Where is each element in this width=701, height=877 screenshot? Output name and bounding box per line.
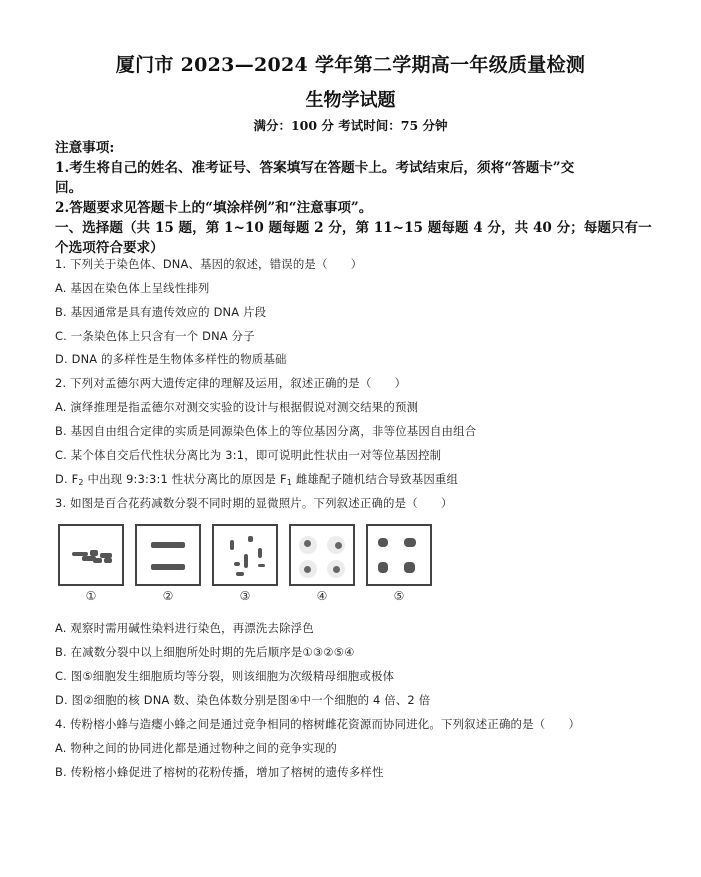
subject-title: 生物学试题	[0, 86, 701, 112]
question-2-option-a: A. 演绎推理是指孟德尔对测交实验的设计与根据假说对测交结果的预测	[55, 399, 418, 415]
text: 中出现 9:3:3:1 性状分离比的原因是 F	[84, 472, 287, 486]
question-3-option-a: A. 观察时需用碱性染料进行染色，再漂洗去除浮色	[55, 620, 314, 636]
exam-title: 厦门市 2023—2024 学年第二学期高一年级质量检测	[0, 50, 701, 77]
question-4-stem: 4. 传粉榕小蜂与造瘿小蜂之间是通过竞争相同的榕树雌花资源而协同进化。下列叙述正…	[55, 716, 580, 732]
question-1-stem: 1. 下列关于染色体、DNA、基因的叙述，错误的是（ ）	[55, 256, 362, 272]
micrograph-3: ③	[212, 524, 278, 603]
figure-label: ⑤	[394, 589, 405, 603]
question-1-option-c: C. 一条染色体上只含有一个 DNA 分子	[55, 328, 255, 344]
question-1-option-a: A. 基因在染色体上呈线性排列	[55, 280, 210, 296]
question-3-option-b: B. 在减数分裂中以上细胞所处时期的先后顺序是①③②⑤④	[55, 644, 355, 660]
micrograph-image	[212, 524, 278, 586]
question-2-option-c: C. 某个体自交后代性状分离比为 3:1，即可说明此性状由一对等位基因控制	[55, 447, 441, 463]
micrograph-figure-row: ① ② ③ ④	[58, 524, 432, 603]
question-1-option-b: B. 基因通常是具有遗传效应的 DNA 片段	[55, 304, 266, 320]
notes-heading: 注意事项:	[55, 136, 114, 156]
note-item-1: 1.考生将自己的姓名、准考证号、答案填写在答题卡上。考试结束后，须将“答题卡”交	[55, 156, 574, 176]
question-2-option-d: D. F2 中出现 9:3:3:1 性状分离比的原因是 F1 雌雄配子随机结合导…	[55, 471, 458, 487]
micrograph-4: ④	[289, 524, 355, 603]
micrograph-2: ②	[135, 524, 201, 603]
question-3-stem: 3. 如图是百合花药减数分裂不同时期的显微照片。下列叙述正确的是（ ）	[55, 495, 453, 511]
question-2-stem: 2. 下列对孟德尔两大遗传定律的理解及运用，叙述正确的是（ ）	[55, 375, 406, 391]
exam-info: 满分：100 分 考试时间：75 分钟	[0, 116, 701, 134]
micrograph-1: ①	[58, 524, 124, 603]
question-3-option-d: D. 图②细胞的核 DNA 数、染色体数分别是图④中一个细胞的 4 倍、2 倍	[55, 692, 430, 708]
question-4-option-a: A. 物种之间的协同进化都是通过物种之间的竞争实现的	[55, 740, 337, 756]
section-heading: 一、选择题（共 15 题，第 1~10 题每题 2 分，第 11~15 题每题 …	[55, 216, 652, 236]
section-heading-cont: 个选项符合要求）	[55, 236, 164, 256]
figure-label: ③	[240, 589, 251, 603]
figure-label: ①	[86, 589, 97, 603]
question-2-option-b: B. 基因自由组合定律的实质是同源染色体上的等位基因分离，非等位基因自由组合	[55, 423, 476, 439]
micrograph-image	[135, 524, 201, 586]
text: D. F	[55, 472, 78, 486]
note-item-1-cont: 回。	[55, 176, 82, 196]
text: 雌雄配子随机结合导致基因重组	[292, 472, 458, 486]
micrograph-5: ⑤	[366, 524, 432, 603]
figure-label: ②	[163, 589, 174, 603]
question-3-option-c: C. 图⑤细胞发生细胞质均等分裂，则该细胞为次级精母细胞或极体	[55, 668, 394, 684]
question-1-option-d: D. DNA 的多样性是生物体多样性的物质基础	[55, 351, 287, 367]
micrograph-image	[58, 524, 124, 586]
note-item-2: 2.答题要求见答题卡上的“填涂样例”和“注意事项”。	[55, 196, 372, 216]
micrograph-image	[366, 524, 432, 586]
micrograph-image	[289, 524, 355, 586]
figure-label: ④	[317, 589, 328, 603]
question-4-option-b: B. 传粉榕小蜂促进了榕树的花粉传播，增加了榕树的遗传多样性	[55, 764, 384, 780]
